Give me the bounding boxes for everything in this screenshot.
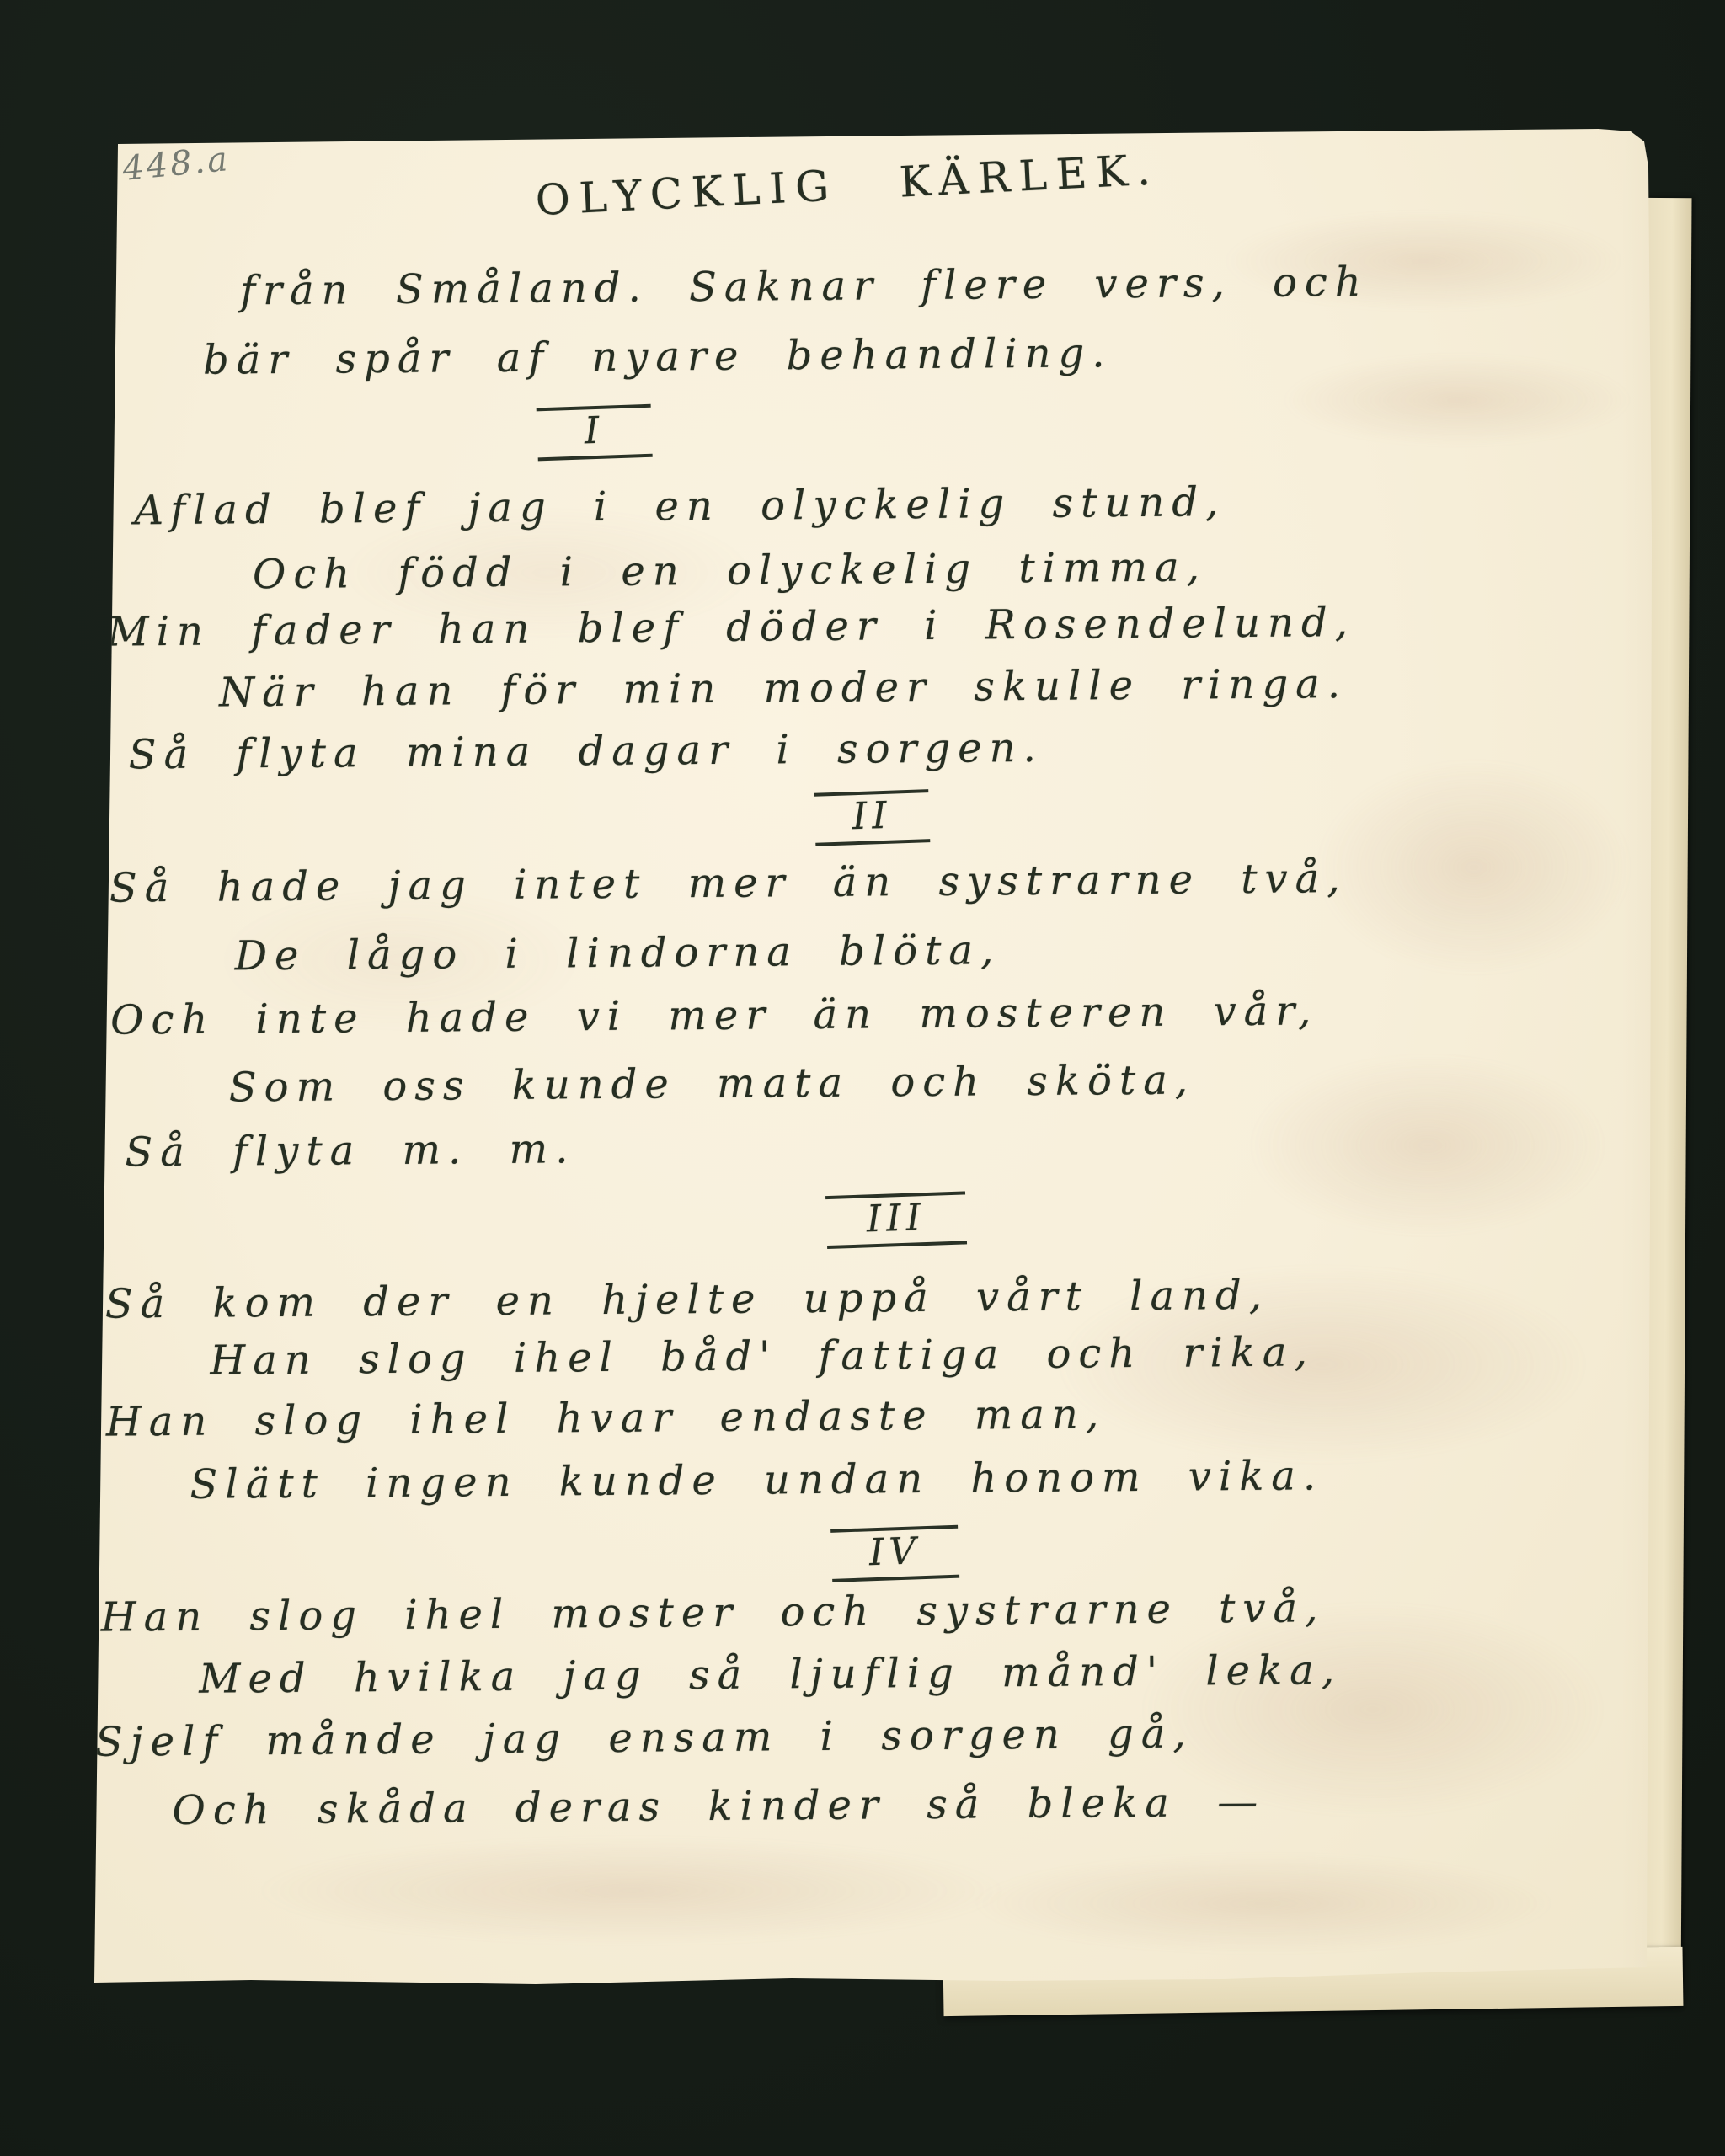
manuscript-ink: 448.a OLYCKLIG KÄRLEK. från Småland. Sak… (0, 0, 1725, 2156)
collector-note-line: bär spår af nyare behandling. (203, 329, 1113, 383)
verse-line: Han slog ihel moster och systrarne två, (101, 1584, 1326, 1641)
verse-line: När han för min moder skulle ringa. (219, 660, 1348, 717)
song-title: OLYCKLIG KÄRLEK. (534, 143, 1201, 225)
collector-note-line: från Småland. Saknar flere vers, och (240, 259, 1369, 315)
photo-background: 448.a OLYCKLIG KÄRLEK. från Småland. Sak… (0, 0, 1725, 2156)
verse-line: Så flyta m. m. (125, 1125, 575, 1176)
verse-numeral: III (825, 1191, 967, 1249)
verse-numeral: II (814, 789, 930, 846)
verse-line: Min fader han blef döder i Rosendelund, (107, 599, 1355, 656)
verse-line: Så flyta mina dagar i sorgen. (128, 724, 1044, 779)
verse-line: De lågo i lindorna blöta, (234, 926, 1001, 979)
paper-sheet: 448.a OLYCKLIG KÄRLEK. från Småland. Sak… (0, 0, 1725, 2156)
verse-line: Med hvilka jag så ljuflig månd' leka, (199, 1646, 1342, 1703)
page-number-annotation: 448.a (120, 140, 232, 189)
verse-line: Så hade jag intet mer än systrarne två, (109, 855, 1348, 912)
verse-line: Sjelf månde jag ensam i sorgen gå, (95, 1710, 1194, 1765)
verse-line: Han slog ihel båd' fattiga och rika, (210, 1328, 1315, 1384)
verse-line: Så kom der en hjelte uppå vårt land, (105, 1272, 1270, 1328)
verse-line: Som oss kunde mata och sköta, (229, 1056, 1196, 1111)
verse-line: Och född i en olyckelig timma, (253, 543, 1207, 598)
verse-line: Han slog ihel hvar endaste man, (106, 1390, 1107, 1445)
verse-line: Och skåda deras kinder så bleka — (172, 1779, 1265, 1834)
verse-numeral: I (537, 404, 653, 462)
verse-line: Och inte hade vi mer än mosteren vår, (110, 987, 1319, 1043)
verse-line: Slätt ingen kunde undan honom vika. (190, 1452, 1323, 1508)
verse-line: Aflad blef jag i en olyckelig stund, (134, 478, 1226, 534)
verse-numeral: IV (830, 1525, 959, 1582)
